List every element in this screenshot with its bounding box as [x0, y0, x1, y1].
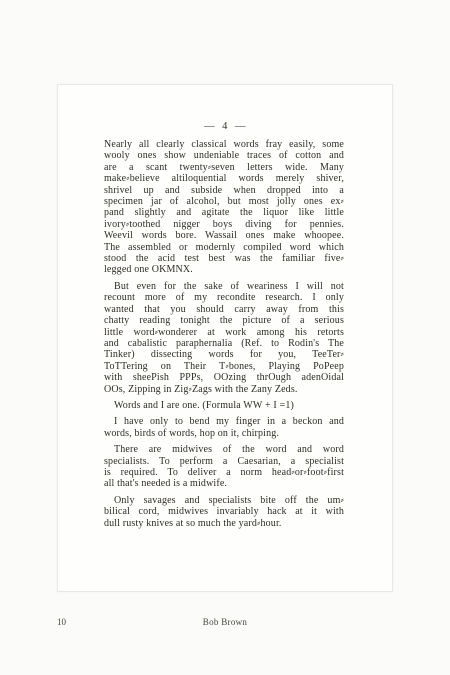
text-line: Words and I are one. (Formula WW + I =1) [104, 400, 344, 411]
paragraph: But even for the sake of weariness I wil… [104, 281, 344, 395]
text-line: and cabalistic paraphernalia (Ref. to Ro… [104, 338, 344, 349]
text-line: little word⸗wonderer at work among his r… [104, 327, 344, 338]
text-line: with sheePish PPPs, OOzing thrOugh adenO… [104, 372, 344, 383]
page-header-folio: — 4 — [58, 121, 392, 132]
text-line: stood the acid test best was the familia… [104, 253, 344, 264]
text-line: Nearly all clearly classical words fray … [104, 139, 344, 150]
text-line: wooly ones show undeniable traces of cot… [104, 150, 344, 161]
viewer-background: — 4 — Nearly all clearly classical words… [0, 0, 450, 675]
scanned-book-page: — 4 — Nearly all clearly classical words… [57, 84, 393, 592]
text-line: chatty reading tonight the picture of a … [104, 315, 344, 326]
paragraph: Nearly all clearly classical words fray … [104, 139, 344, 276]
text-line: pand slightly and agitate the liquor lik… [104, 207, 344, 218]
text-line: specialists. To perform a Caesarian, a s… [104, 456, 344, 467]
paragraph: Only savages and specialists bite off th… [104, 495, 344, 529]
text-line: There are midwives of the word and word [104, 444, 344, 455]
paragraph: There are midwives of the word and words… [104, 444, 344, 490]
text-line: recount more of my recondite research. I… [104, 292, 344, 303]
text-block: Nearly all clearly classical words fray … [104, 139, 344, 529]
text-line: shrivel up and subside when dropped into… [104, 185, 344, 196]
text-line: I have only to bend my finger in a becko… [104, 416, 344, 427]
text-line: are a scant twenty⸗seven letters wide. M… [104, 162, 344, 173]
text-line: Weevil words bore. Wassail ones make who… [104, 230, 344, 241]
text-line: words, birds of words, hop on it, chirpi… [104, 428, 344, 439]
text-line: is required. To deliver a norm head⸗or⸗f… [104, 467, 344, 478]
text-line: legged one OKMNX. [104, 264, 344, 275]
text-line: bilical cord, midwives invariably hack a… [104, 506, 344, 517]
text-line: Only savages and specialists bite off th… [104, 495, 344, 506]
text-line: specimen jar of alcohol, but most jolly … [104, 196, 344, 207]
text-line: wanted that you should carry away from t… [104, 304, 344, 315]
text-line: make⸗believe altiloquential words merely… [104, 173, 344, 184]
outer-footer: 10 Bob Brown [0, 616, 450, 628]
text-line: dull rusty knives at so much the yard⸗ho… [104, 518, 344, 529]
paragraph: I have only to bend my finger in a becko… [104, 416, 344, 439]
footer-running-title: Bob Brown [0, 616, 450, 628]
text-line: But even for the sake of weariness I wil… [104, 281, 344, 292]
text-line: OOs, Zipping in Zig⸗Zags with the Zany Z… [104, 384, 344, 395]
text-line: ivory⸗toothed nigger boys diving for pen… [104, 219, 344, 230]
paragraph: Words and I are one. (Formula WW + I =1) [104, 400, 344, 411]
text-line: Tinker) dissecting words for you, TeeTer… [104, 349, 344, 360]
text-line: The assembled or modernly compiled word … [104, 242, 344, 253]
text-line: all that's needed is a midwife. [104, 478, 344, 489]
text-line: ToTTering on Their T⸗bones, Playing PoPe… [104, 361, 344, 372]
